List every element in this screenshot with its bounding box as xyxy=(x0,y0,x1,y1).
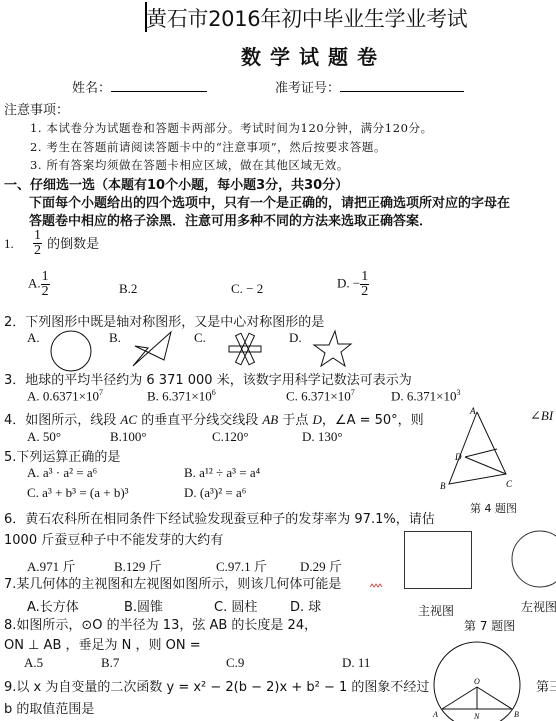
q7-option-b[interactable]: B.圆锥 xyxy=(124,596,163,615)
name-field[interactable]: 姓名： xyxy=(72,77,207,96)
left-view-label: 左视图 xyxy=(521,598,556,615)
q2-option-d[interactable]: D. xyxy=(289,330,302,346)
q2-option-c[interactable]: C. xyxy=(194,330,206,346)
q2-stem: 2．下列图形中既是轴对称图形，又是中心对称图形的是 xyxy=(4,311,324,330)
name-blank[interactable] xyxy=(111,79,207,92)
q3-option-a[interactable]: A. 0.6371×107 xyxy=(27,388,103,404)
q7-stem: 7.某几何体的主视图和左视图如图所示，则该几何体可能是 xyxy=(4,573,341,592)
left-view-circle xyxy=(510,530,556,590)
q4-figure-caption: 第 4 题图 xyxy=(470,500,517,516)
fraction-one-half: 12 xyxy=(33,229,42,258)
q1-number: 1. xyxy=(4,236,14,252)
q8-option-d[interactable]: D. 11 xyxy=(342,655,370,671)
q7-option-d[interactable]: D. 球 xyxy=(290,596,321,615)
paper-subtitle: 数学试题卷 xyxy=(241,41,386,70)
label-D: D xyxy=(454,452,462,462)
q5-option-c[interactable]: C. a³ + b³ = (a + b)³ xyxy=(27,485,129,501)
q5-option-a[interactable]: A. a³ · a² = a⁶ xyxy=(27,465,97,481)
label-B: B xyxy=(440,481,446,491)
front-view-label: 主视图 xyxy=(418,602,454,619)
front-view-rectangle xyxy=(404,531,472,589)
label-A: A xyxy=(469,406,476,416)
q2-option-b[interactable]: B. xyxy=(109,330,121,346)
section-instruction: 下面每个小题给出的四个选项中，只有一个是正确的，请把正确选项所对应的字母在 xyxy=(29,192,510,211)
q1-option-a[interactable]: A.12 xyxy=(28,270,50,299)
q5-option-d[interactable]: D. (a³)² = a⁶ xyxy=(184,485,246,501)
q5-stem: 5.下列运算正确的是 xyxy=(4,446,120,465)
q4-option-a[interactable]: A. 50° xyxy=(27,429,61,445)
q4-option-b[interactable]: B.100° xyxy=(110,429,147,445)
circle-shape-icon xyxy=(50,330,92,372)
q3-option-c[interactable]: C. 6.371×107 xyxy=(286,388,355,404)
exam-id-label: 准考证号： xyxy=(275,81,340,96)
q9-stem-line2: b 的取值范围是 xyxy=(4,698,94,717)
q9-stem-line1: 9.以 x 为自变量的二次函数 y = x² − 2(b − 2)x + b² … xyxy=(4,676,429,695)
label-B: B xyxy=(514,710,519,719)
q4-stem-overflow: ∠BI xyxy=(530,408,553,424)
q7-option-c[interactable]: C. 圆柱 xyxy=(214,596,257,615)
q8-option-b[interactable]: B.7 xyxy=(101,655,119,671)
exam-id-field[interactable]: 准考证号： xyxy=(275,77,464,96)
q8-option-c[interactable]: C.9 xyxy=(226,655,244,671)
circle-chord-figure-q8: O A N B xyxy=(432,637,522,721)
asterisk-star-shape-icon xyxy=(227,331,263,367)
q6-stem-line2: 1000 斤蚕豆种子中不能发芽的大约有 xyxy=(4,529,223,548)
q3-option-b[interactable]: B. 6.371×106 xyxy=(147,388,216,404)
q8-stem-line2: ON ⊥ AB ，垂足为 N ，则 ON = xyxy=(4,634,201,653)
notes-heading: 注意事项： xyxy=(4,99,69,118)
q6-stem-line1: 6．黄石农科所在相同条件下经试验发现蚕豆种子的发芽率为 97.1%，请估 xyxy=(4,508,435,527)
q3-stem: 3．地球的平均半径约为 6 371 000 米，该数字用科学记数法可表示为 xyxy=(4,369,412,388)
name-label: 姓名： xyxy=(72,81,111,96)
label-A: A xyxy=(432,710,438,719)
exam-title: 黄石市2016年初中毕业生学业考试 xyxy=(146,3,467,33)
section-heading: 一、仔细选一选（本题有10个小题，每小题3分，共30分） xyxy=(4,174,348,193)
bowtie-shape-icon xyxy=(130,330,175,368)
note-item: 3. 所有答案均须做在答题卡相应区域，做在其他区域无效。 xyxy=(30,157,349,173)
triangle-figure-q4: A D B C xyxy=(440,405,510,490)
q1-option-d[interactable]: D. −12 xyxy=(337,270,369,299)
q8-side-text: 第三 xyxy=(536,676,556,695)
q1-stem: 12 的倒数是 xyxy=(33,229,99,258)
five-point-star-shape-icon xyxy=(313,330,353,368)
q2-option-a[interactable]: A. xyxy=(27,330,40,346)
q1-option-c[interactable]: C. − 2 xyxy=(231,281,263,297)
spellcheck-squiggle xyxy=(370,583,382,589)
q4-option-c[interactable]: C.120° xyxy=(212,429,249,445)
label-C: C xyxy=(506,479,513,489)
note-item: 2. 考生在答题前请阅读答题卡中的“注意事项”，然后按要求答题。 xyxy=(30,139,386,155)
q3-option-d[interactable]: D. 6.371×103 xyxy=(391,388,460,404)
exam-id-blank[interactable] xyxy=(340,79,464,92)
q1-option-b[interactable]: B.2 xyxy=(119,281,137,297)
q8-stem-line1: 8.如图所示，⊙O 的半径为 13，弦 AB 的长度是 24， xyxy=(4,614,317,633)
q5-option-b[interactable]: B. a¹² ÷ a³ = a⁴ xyxy=(184,465,260,481)
q7-option-a[interactable]: A.长方体 xyxy=(27,596,79,615)
label-O: O xyxy=(474,677,480,686)
section-instruction: 答题卷中相应的格子涂黑．注意可用多种不同的方法来选取正确答案． xyxy=(29,210,432,229)
q8-option-a[interactable]: A.5 xyxy=(24,655,43,671)
note-item: 1. 本试卷分为试题卷和答题卡两部分。考试时间为120分钟，满分120分。 xyxy=(30,120,433,136)
q4-stem: 4．如图所示，线段 AC 的垂直平分线交线段 AB 于点 D，∠A = 50°，… xyxy=(4,409,424,428)
label-N: N xyxy=(473,712,480,721)
q4-option-d[interactable]: D. 130° xyxy=(302,429,343,445)
q7-figure-caption: 第 7 题图 xyxy=(464,617,515,634)
